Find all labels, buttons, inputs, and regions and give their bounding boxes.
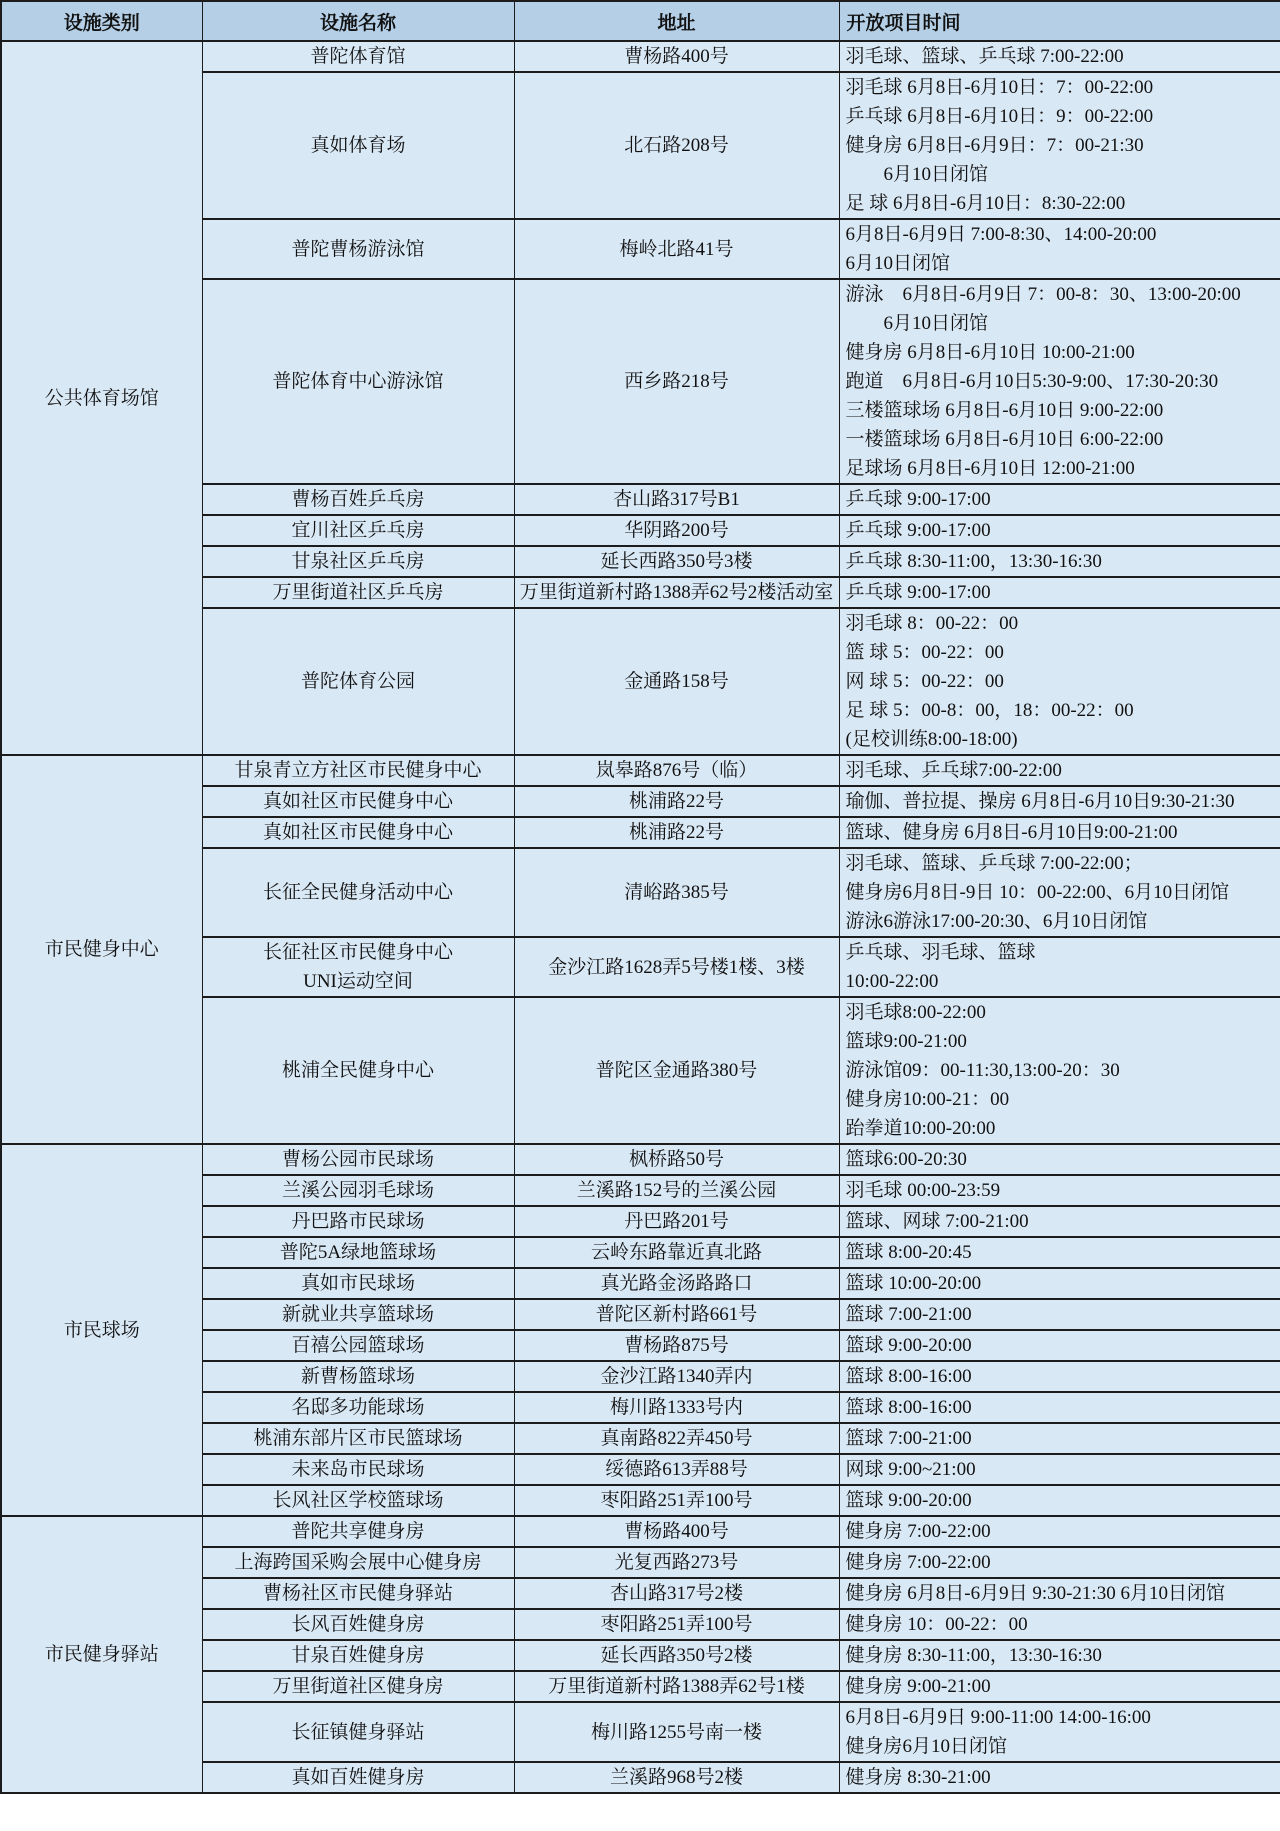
facility-time-line: 足球场 6月8日-6月10日 12:00-21:00: [846, 454, 1280, 483]
facility-time-line: 篮球 7:00-21:00: [846, 1424, 1280, 1453]
facility-times-cell: 健身房 6月8日-6月9日 9:30-21:30 6月10日闭馆: [839, 1578, 1280, 1609]
facility-time-line: 6月10日闭馆: [846, 309, 1280, 338]
facility-name-cell: 名邸多功能球场: [202, 1392, 514, 1423]
facility-times-cell: 篮球、健身房 6月8日-6月10日9:00-21:00: [839, 817, 1280, 848]
facility-time-line: 乒乓球 9:00-17:00: [846, 516, 1280, 545]
facility-time-line: (足校训练8:00-18:00): [846, 725, 1280, 754]
facility-times-cell: 篮球 7:00-21:00: [839, 1423, 1280, 1454]
facility-name-line: 兰溪公园羽毛球场: [205, 1176, 512, 1205]
facility-address-cell: 桃浦路22号: [514, 817, 839, 848]
facility-name-cell: 甘泉社区乒乓房: [202, 546, 514, 577]
facility-times-cell: 6月8日-6月9日 9:00-11:00 14:00-16:00健身房6月10日…: [839, 1702, 1280, 1762]
table-row: 市民球场曹杨公园市民球场枫桥路50号篮球6:00-20:30: [1, 1144, 1280, 1175]
facility-name-cell: 普陀体育公园: [202, 608, 514, 755]
facility-time-line: 健身房 7:00-22:00: [846, 1548, 1280, 1577]
facility-time-line: 篮球 9:00-20:00: [846, 1486, 1280, 1515]
facility-time-line: 篮球 8:00-16:00: [846, 1393, 1280, 1422]
facility-address-cell: 杏山路317号2楼: [514, 1578, 839, 1609]
facility-times-cell: 羽毛球 00:00-23:59: [839, 1175, 1280, 1206]
facility-time-line: 羽毛球 8：00-22：00: [846, 609, 1280, 638]
facility-name-line: 真如社区市民健身中心: [205, 787, 512, 816]
facility-time-line: 健身房 10：00-22：00: [846, 1610, 1280, 1639]
facility-name-line: 普陀5A绿地篮球场: [205, 1238, 512, 1267]
facility-name-line: 真如百姓健身房: [205, 1763, 512, 1792]
facility-name-line: 甘泉青立方社区市民健身中心: [205, 756, 512, 785]
facility-name-cell: 甘泉百姓健身房: [202, 1640, 514, 1671]
column-header-category: 设施类别: [1, 1, 202, 41]
facility-address-cell: 云岭东路靠近真北路: [514, 1237, 839, 1268]
facility-times-cell: 乒乓球 9:00-17:00: [839, 515, 1280, 546]
facility-address-cell: 桃浦路22号: [514, 786, 839, 817]
facility-time-line: 健身房 9:00-21:00: [846, 1672, 1280, 1701]
facility-name-cell: 普陀5A绿地篮球场: [202, 1237, 514, 1268]
facility-times-cell: 篮球 7:00-21:00: [839, 1299, 1280, 1330]
facility-times-cell: 羽毛球、乒乓球7:00-22:00: [839, 755, 1280, 786]
facility-time-line: 乒乓球 9:00-17:00: [846, 485, 1280, 514]
facility-name-cell: 真如社区市民健身中心: [202, 817, 514, 848]
facility-times-cell: 健身房 9:00-21:00: [839, 1671, 1280, 1702]
facility-time-line: 健身房6月10日闭馆: [846, 1732, 1280, 1761]
facility-name-cell: 上海跨国采购会展中心健身房: [202, 1547, 514, 1578]
facility-times-cell: 羽毛球、篮球、乒乓球 7:00-22:00；健身房6月8日-9日 10：00-2…: [839, 848, 1280, 937]
facility-times-cell: 篮球 9:00-20:00: [839, 1485, 1280, 1516]
facility-name-line: 普陀共享健身房: [205, 1517, 512, 1546]
facility-time-line: 乒乓球 8:30-11:00，13:30-16:30: [846, 547, 1280, 576]
facility-address-cell: 延长西路350号2楼: [514, 1640, 839, 1671]
facility-address-cell: 梅岭北路41号: [514, 219, 839, 279]
facility-address-cell: 万里街道新村路1388弄62号1楼: [514, 1671, 839, 1702]
facility-name-cell: 百禧公园篮球场: [202, 1330, 514, 1361]
facility-address-cell: 金通路158号: [514, 608, 839, 755]
facility-times-cell: 瑜伽、普拉提、操房 6月8日-6月10日9:30-21:30: [839, 786, 1280, 817]
facility-name-cell: 曹杨社区市民健身驿站: [202, 1578, 514, 1609]
header-row: 设施类别 设施名称 地址 开放项目时间: [1, 1, 1280, 41]
facility-name-line: 新就业共享篮球场: [205, 1300, 512, 1329]
facility-times-cell: 篮球、网球 7:00-21:00: [839, 1206, 1280, 1237]
facility-time-line: 6月10日闭馆: [846, 160, 1280, 189]
facility-name-line: 普陀体育馆: [205, 42, 512, 71]
facility-name-cell: 真如百姓健身房: [202, 1762, 514, 1793]
facility-name-line: 甘泉百姓健身房: [205, 1641, 512, 1670]
category-cell-3: 市民健身驿站: [1, 1516, 202, 1793]
facility-name-cell: 曹杨公园市民球场: [202, 1144, 514, 1175]
facility-name-cell: 长风社区学校篮球场: [202, 1485, 514, 1516]
facility-time-line: 健身房 6月8日-6月9日：7：00-21:30: [846, 131, 1280, 160]
facility-times-cell: 羽毛球8:00-22:00篮球9:00-21:00游泳馆09：00-11:30,…: [839, 997, 1280, 1144]
facility-time-line: 足 球 5：00-8：00，18：00-22：00: [846, 696, 1280, 725]
facility-time-line: 健身房 8:30-21:00: [846, 1763, 1280, 1792]
facility-address-cell: 曹杨路875号: [514, 1330, 839, 1361]
facility-address-cell: 金沙江路1340弄内: [514, 1361, 839, 1392]
facility-name-cell: 桃浦东部片区市民篮球场: [202, 1423, 514, 1454]
facility-times-cell: 6月8日-6月9日 7:00-8:30、14:00-20:006月10日闭馆: [839, 219, 1280, 279]
facility-address-cell: 兰溪路152号的兰溪公园: [514, 1175, 839, 1206]
table-row: 公共体育场馆普陀体育馆曹杨路400号羽毛球、篮球、乒乓球 7:00-22:00: [1, 41, 1280, 72]
category-cell-2: 市民球场: [1, 1144, 202, 1516]
facility-times-cell: 篮球6:00-20:30: [839, 1144, 1280, 1175]
facility-time-line: 6月10日闭馆: [846, 249, 1280, 278]
facility-name-cell: 桃浦全民健身中心: [202, 997, 514, 1144]
facility-times-cell: 健身房 7:00-22:00: [839, 1516, 1280, 1547]
facility-time-line: 篮球 8:00-20:45: [846, 1238, 1280, 1267]
facility-address-cell: 曹杨路400号: [514, 41, 839, 72]
facility-times-cell: 网球 9:00~21:00: [839, 1454, 1280, 1485]
facility-address-cell: 万里街道新村路1388弄62号2楼活动室: [514, 577, 839, 608]
facility-time-line: 游泳馆09：00-11:30,13:00-20：30: [846, 1056, 1280, 1085]
facility-name-line: 万里街道社区健身房: [205, 1672, 512, 1701]
facility-time-line: 乒乓球 6月8日-6月10日：9：00-22:00: [846, 102, 1280, 131]
facility-name-cell: 普陀共享健身房: [202, 1516, 514, 1547]
facility-address-cell: 清峪路385号: [514, 848, 839, 937]
facility-name-cell: 真如市民球场: [202, 1268, 514, 1299]
facility-name-line: 真如社区市民健身中心: [205, 818, 512, 847]
facility-time-line: 健身房 6月8日-6月9日 9:30-21:30 6月10日闭馆: [846, 1579, 1280, 1608]
facility-name-cell: 万里街道社区乒乓房: [202, 577, 514, 608]
facility-time-line: 跑道 6月8日-6月10日5:30-9:00、17:30-20:30: [846, 367, 1280, 396]
column-header-address: 地址: [514, 1, 839, 41]
table-body: 公共体育场馆普陀体育馆曹杨路400号羽毛球、篮球、乒乓球 7:00-22:00真…: [1, 41, 1280, 1793]
facility-name-line: 普陀体育中心游泳馆: [205, 367, 512, 396]
facility-time-line: 篮球 8:00-16:00: [846, 1362, 1280, 1391]
facility-name-cell: 新就业共享篮球场: [202, 1299, 514, 1330]
facility-time-line: 篮球、网球 7:00-21:00: [846, 1207, 1280, 1236]
facility-address-cell: 丹巴路201号: [514, 1206, 839, 1237]
table-header: 设施类别 设施名称 地址 开放项目时间: [1, 1, 1280, 41]
facility-times-cell: 乒乓球、羽毛球、篮球10:00-22:00: [839, 937, 1280, 997]
facility-address-cell: 金沙江路1628弄5号楼1楼、3楼: [514, 937, 839, 997]
facility-name-line: 宜川社区乒乓房: [205, 516, 512, 545]
facility-name-line: 未来岛市民球场: [205, 1455, 512, 1484]
facility-name-cell: 丹巴路市民球场: [202, 1206, 514, 1237]
facility-time-line: 篮球6:00-20:30: [846, 1145, 1280, 1174]
facility-times-cell: 健身房 7:00-22:00: [839, 1547, 1280, 1578]
facility-times-cell: 篮球 10:00-20:00: [839, 1268, 1280, 1299]
facility-time-line: 网球 9:00~21:00: [846, 1455, 1280, 1484]
facility-name-cell: 未来岛市民球场: [202, 1454, 514, 1485]
facility-name-line: 百禧公园篮球场: [205, 1331, 512, 1360]
facility-name-cell: 长征社区市民健身中心UNI运动空间: [202, 937, 514, 997]
facility-time-line: 羽毛球、篮球、乒乓球 7:00-22:00；: [846, 849, 1280, 878]
facility-name-cell: 万里街道社区健身房: [202, 1671, 514, 1702]
facility-name-cell: 长征全民健身活动中心: [202, 848, 514, 937]
facility-name-line: 长风百姓健身房: [205, 1610, 512, 1639]
facility-times-cell: 篮球 8:00-16:00: [839, 1392, 1280, 1423]
facility-address-cell: 真南路822弄450号: [514, 1423, 839, 1454]
facility-name-cell: 普陀体育中心游泳馆: [202, 279, 514, 484]
facility-address-cell: 真光路金汤路路口: [514, 1268, 839, 1299]
facility-name-line: 万里街道社区乒乓房: [205, 578, 512, 607]
facility-time-line: 篮球 9:00-20:00: [846, 1331, 1280, 1360]
facility-name-line: 上海跨国采购会展中心健身房: [205, 1548, 512, 1577]
facility-address-cell: 普陀区金通路380号: [514, 997, 839, 1144]
facility-time-line: 篮球 10:00-20:00: [846, 1269, 1280, 1298]
facility-time-line: 跆拳道10:00-20:00: [846, 1114, 1280, 1143]
facility-times-cell: 篮球 8:00-16:00: [839, 1361, 1280, 1392]
facility-time-line: 乒乓球 9:00-17:00: [846, 578, 1280, 607]
facility-time-line: 健身房6月8日-9日 10：00-22:00、6月10日闭馆: [846, 878, 1280, 907]
facility-time-line: 10:00-22:00: [846, 967, 1280, 996]
facility-address-cell: 延长西路350号3楼: [514, 546, 839, 577]
facility-name-cell: 兰溪公园羽毛球场: [202, 1175, 514, 1206]
facility-table: 设施类别 设施名称 地址 开放项目时间 公共体育场馆普陀体育馆曹杨路400号羽毛…: [0, 0, 1280, 1794]
facility-address-cell: 西乡路218号: [514, 279, 839, 484]
column-header-name: 设施名称: [202, 1, 514, 41]
category-cell-0: 公共体育场馆: [1, 41, 202, 755]
facility-address-cell: 枫桥路50号: [514, 1144, 839, 1175]
facility-name-line: 真如市民球场: [205, 1269, 512, 1298]
facility-times-cell: 乒乓球 9:00-17:00: [839, 484, 1280, 515]
facility-address-cell: 杏山路317号B1: [514, 484, 839, 515]
facility-name-line: 丹巴路市民球场: [205, 1207, 512, 1236]
facility-time-line: 三楼篮球场 6月8日-6月10日 9:00-22:00: [846, 396, 1280, 425]
facility-times-cell: 篮球 8:00-20:45: [839, 1237, 1280, 1268]
facility-name-line: 桃浦全民健身中心: [205, 1056, 512, 1085]
facility-times-cell: 健身房 8:30-11:00，13:30-16:30: [839, 1640, 1280, 1671]
facility-time-line: 网 球 5：00-22：00: [846, 667, 1280, 696]
facility-address-cell: 梅川路1333号内: [514, 1392, 839, 1423]
facility-address-cell: 曹杨路400号: [514, 1516, 839, 1547]
facility-times-cell: 篮球 9:00-20:00: [839, 1330, 1280, 1361]
facility-name-cell: 普陀曹杨游泳馆: [202, 219, 514, 279]
facility-address-cell: 枣阳路251弄100号: [514, 1485, 839, 1516]
facility-name-line: UNI运动空间: [205, 967, 512, 996]
table-row: 市民健身中心甘泉青立方社区市民健身中心岚皋路876号（临）羽毛球、乒乓球7:00…: [1, 755, 1280, 786]
facility-name-line: 曹杨百姓乒乓房: [205, 485, 512, 514]
facility-address-cell: 绥德路613弄88号: [514, 1454, 839, 1485]
facility-name-cell: 甘泉青立方社区市民健身中心: [202, 755, 514, 786]
facility-time-line: 羽毛球 00:00-23:59: [846, 1176, 1280, 1205]
facility-time-line: 游泳6游泳17:00-20:30、6月10日闭馆: [846, 907, 1280, 936]
facility-address-cell: 兰溪路968号2楼: [514, 1762, 839, 1793]
facility-time-line: 健身房 6月8日-6月10日 10:00-21:00: [846, 338, 1280, 367]
facility-name-line: 长风社区学校篮球场: [205, 1486, 512, 1515]
facility-name-line: 新曹杨篮球场: [205, 1362, 512, 1391]
facility-times-cell: 羽毛球 6月8日-6月10日：7：00-22:00乒乓球 6月8日-6月10日：…: [839, 72, 1280, 219]
facility-name-cell: 新曹杨篮球场: [202, 1361, 514, 1392]
facility-times-cell: 乒乓球 8:30-11:00，13:30-16:30: [839, 546, 1280, 577]
facility-name-cell: 长风百姓健身房: [202, 1609, 514, 1640]
facility-address-cell: 梅川路1255号南一楼: [514, 1702, 839, 1762]
facility-time-line: 瑜伽、普拉提、操房 6月8日-6月10日9:30-21:30: [846, 787, 1280, 816]
facility-times-cell: 健身房 8:30-21:00: [839, 1762, 1280, 1793]
facility-name-line: 普陀体育公园: [205, 667, 512, 696]
facility-address-cell: 华阴路200号: [514, 515, 839, 546]
facility-times-cell: 羽毛球、篮球、乒乓球 7:00-22:00: [839, 41, 1280, 72]
column-header-times: 开放项目时间: [839, 1, 1280, 41]
facility-time-line: 健身房 8:30-11:00，13:30-16:30: [846, 1641, 1280, 1670]
facility-name-cell: 宜川社区乒乓房: [202, 515, 514, 546]
category-cell-1: 市民健身中心: [1, 755, 202, 1144]
facility-name-line: 普陀曹杨游泳馆: [205, 235, 512, 264]
facility-time-line: 羽毛球、篮球、乒乓球 7:00-22:00: [846, 42, 1280, 71]
facility-address-cell: 枣阳路251弄100号: [514, 1609, 839, 1640]
facility-times-cell: 羽毛球 8：00-22：00篮 球 5：00-22：00网 球 5：00-22：…: [839, 608, 1280, 755]
facility-name-cell: 普陀体育馆: [202, 41, 514, 72]
facility-time-line: 篮球 7:00-21:00: [846, 1300, 1280, 1329]
facility-name-line: 桃浦东部片区市民篮球场: [205, 1424, 512, 1453]
facility-times-cell: 游泳 6月8日-6月9日 7：00-8：30、13:00-20:00 6月10日…: [839, 279, 1280, 484]
facility-time-line: 一楼篮球场 6月8日-6月10日 6:00-22:00: [846, 425, 1280, 454]
facility-time-line: 游泳 6月8日-6月9日 7：00-8：30、13:00-20:00: [846, 280, 1280, 309]
facility-times-cell: 乒乓球 9:00-17:00: [839, 577, 1280, 608]
facility-time-line: 篮球9:00-21:00: [846, 1027, 1280, 1056]
facility-name-line: 甘泉社区乒乓房: [205, 547, 512, 576]
table-row: 市民健身驿站普陀共享健身房曹杨路400号健身房 7:00-22:00: [1, 1516, 1280, 1547]
facility-time-line: 足 球 6月8日-6月10日：8:30-22:00: [846, 189, 1280, 218]
facility-address-cell: 普陀区新村路661号: [514, 1299, 839, 1330]
facility-name-line: 长征镇健身驿站: [205, 1718, 512, 1747]
facility-time-line: 乒乓球、羽毛球、篮球: [846, 938, 1280, 967]
facility-name-line: 长征社区市民健身中心: [205, 938, 512, 967]
facility-time-line: 羽毛球、乒乓球7:00-22:00: [846, 756, 1280, 785]
facility-name-line: 曹杨社区市民健身驿站: [205, 1579, 512, 1608]
facility-name-cell: 曹杨百姓乒乓房: [202, 484, 514, 515]
facility-address-cell: 岚皋路876号（临）: [514, 755, 839, 786]
facility-time-line: 健身房 7:00-22:00: [846, 1517, 1280, 1546]
facility-name-line: 真如体育场: [205, 131, 512, 160]
facility-name-cell: 真如社区市民健身中心: [202, 786, 514, 817]
facility-time-line: 健身房10:00-21：00: [846, 1085, 1280, 1114]
facility-time-line: 篮 球 5：00-22：00: [846, 638, 1280, 667]
facility-name-cell: 真如体育场: [202, 72, 514, 219]
facility-time-line: 6月8日-6月9日 9:00-11:00 14:00-16:00: [846, 1703, 1280, 1732]
facility-name-cell: 长征镇健身驿站: [202, 1702, 514, 1762]
facility-name-line: 名邸多功能球场: [205, 1393, 512, 1422]
facility-time-line: 羽毛球8:00-22:00: [846, 998, 1280, 1027]
facility-name-line: 曹杨公园市民球场: [205, 1145, 512, 1174]
facility-address-cell: 北石路208号: [514, 72, 839, 219]
facility-time-line: 羽毛球 6月8日-6月10日：7：00-22:00: [846, 73, 1280, 102]
facility-times-cell: 健身房 10：00-22：00: [839, 1609, 1280, 1640]
facility-time-line: 6月8日-6月9日 7:00-8:30、14:00-20:00: [846, 220, 1280, 249]
facility-time-line: 篮球、健身房 6月8日-6月10日9:00-21:00: [846, 818, 1280, 847]
facility-name-line: 长征全民健身活动中心: [205, 878, 512, 907]
facility-address-cell: 光复西路273号: [514, 1547, 839, 1578]
